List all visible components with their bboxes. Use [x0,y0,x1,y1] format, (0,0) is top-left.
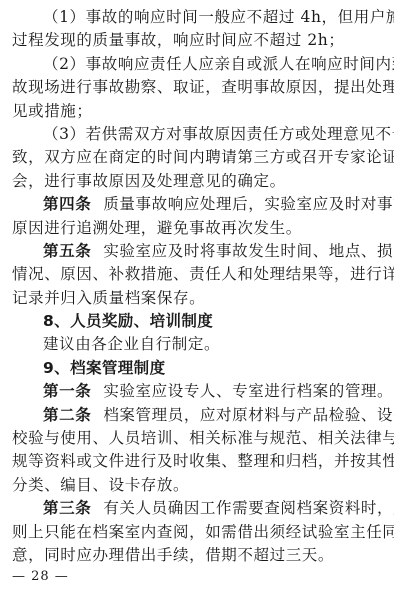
text-line: 故现场进行事故勘察、取证，查明事故原因，提出处理意 [12,76,384,99]
text-span: 实验室应及时将事故发生时间、地点、损失 [103,242,394,260]
text-span: 有关人员确因工作需要查阅档案资料时，原 [103,499,394,517]
text-line: 会，进行事故原因及处理意见的确定。 [12,170,384,193]
text-line: 原因进行追溯处理，避免事故再次发生。 [12,217,384,240]
text-line: 则上只能在档案室内查阅，如需借出须经试验室主任同 [12,521,384,544]
section-heading: 8、人员奖励、培训制度 [12,310,384,333]
text-line: 校验与使用、人员培训、相关标准与规范、相关法律与法 [12,427,384,450]
text-line: 记录并归入质量档案保存。 [12,287,384,310]
text-line: 致，双方应在商定的时间内聘请第三方或召开专家论证 [12,146,384,169]
page-number: — 28 — [12,569,384,584]
article-line: 第三条有关人员确因工作需要查阅档案资料时，原 [12,497,384,520]
article-line: 第一条实验室应设专人、专室进行档案的管理。 [12,380,384,403]
article-label: 第一条 [43,382,91,400]
text-line: （3）若供需双方对事故原因责任方或处理意见不一 [12,123,384,146]
article-line: 第五条实验室应及时将事故发生时间、地点、损失 [12,240,384,263]
text-line: （2）事故响应责任人应亲自或派人在响应时间内到事 [12,53,384,76]
text-span: 档案管理员，应对原材料与产品检验、设备 [103,406,394,424]
article-label: 第三条 [43,499,91,517]
text-line: 建议由各企业自行制定。 [12,333,384,356]
article-line: 第二条档案管理员，应对原材料与产品检验、设备 [12,404,384,427]
article-line: 第四条质量事故响应处理后，实验室应及时对事故 [12,193,384,216]
document-page: （1）事故的响应时间一般应不超过 4h，但用户施工 过程发现的质量事故，响应时间… [12,6,384,584]
text-line: 过程发现的质量事故，响应时间应不超过 2h； [12,29,384,52]
text-line: 见或措施； [12,100,384,123]
article-label: 第四条 [43,195,91,213]
article-label: 第二条 [43,406,91,424]
section-heading: 9、档案管理制度 [12,357,384,380]
text-line: （1）事故的响应时间一般应不超过 4h，但用户施工 [12,6,384,29]
text-line: 情况、原因、补救措施、责任人和处理结果等，进行详细 [12,263,384,286]
text-line: 规等资料或文件进行及时收集、整理和归档，并按其性质 [12,450,384,473]
text-span: 质量事故响应处理后，实验室应及时对事故 [103,195,394,213]
text-line: 意，同时应办理借出手续，借期不超过三天。 [12,544,384,567]
text-span: 实验室应设专人、专室进行档案的管理。 [103,382,393,400]
article-label: 第五条 [43,242,91,260]
text-line: 分类、编目、设卡存放。 [12,474,384,497]
